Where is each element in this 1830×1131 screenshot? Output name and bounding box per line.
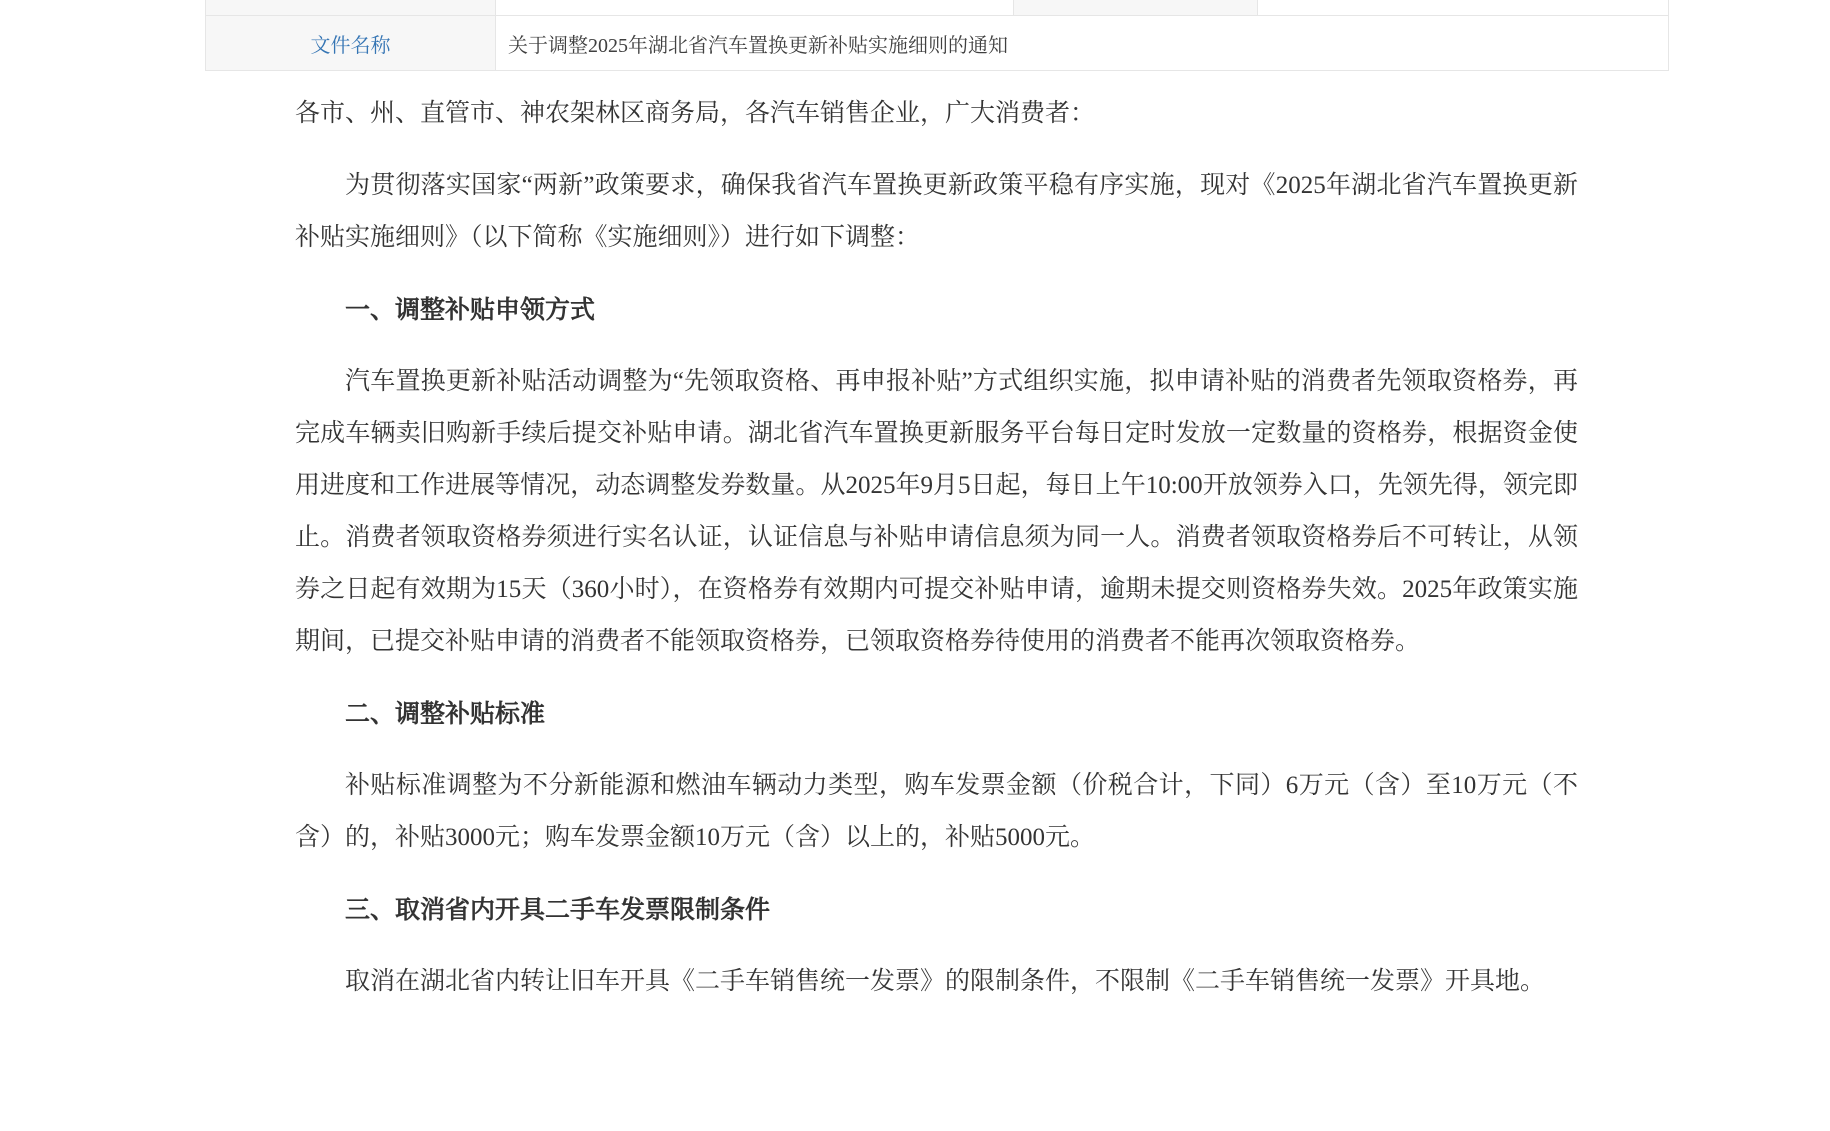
status-label: 效力状态 (1014, 0, 1258, 16)
doc-title-label: 文件名称 (206, 16, 496, 71)
meta-row-doc-title: 文件名称 关于调整2025年湖北省汽车置换更新补贴实施细则的通知 (206, 16, 1669, 71)
section-3-heading: 三、取消省内开具二手车发票限制条件 (295, 884, 1578, 936)
section-1-heading: 一、调整补贴申领方式 (295, 284, 1578, 336)
status-value: 有效 (1258, 0, 1669, 16)
doc-title-value: 关于调整2025年湖北省汽车置换更新补贴实施细则的通知 (496, 16, 1669, 71)
meta-row-doc-number: 文 号 鄂商务发〔2025〕28号 效力状态 有效 (206, 0, 1669, 16)
doc-meta-table: 文 号 鄂商务发〔2025〕28号 效力状态 有效 文件名称 关于调整2025年… (205, 0, 1669, 71)
salutation: 各市、州、直管市、神农架林区商务局，各汽车销售企业，广大消费者： (295, 88, 1578, 140)
section-2-body: 补贴标准调整为不分新能源和燃油车辆动力类型，购车发票金额（价税合计，下同）6万元… (295, 760, 1578, 864)
notice-body: 各市、州、直管市、神农架林区商务局，各汽车销售企业，广大消费者： 为贯彻落实国家… (295, 88, 1578, 1028)
section-1-body: 汽车置换更新补贴活动调整为“先领取资格、再申报补贴”方式组织实施，拟申请补贴的消… (295, 356, 1578, 668)
intro-paragraph: 为贯彻落实国家“两新”政策要求，确保我省汽车置换更新政策平稳有序实施，现对《20… (295, 160, 1578, 264)
section-3-body: 取消在湖北省内转让旧车开具《二手车销售统一发票》的限制条件，不限制《二手车销售统… (295, 956, 1578, 1008)
section-2-heading: 二、调整补贴标准 (295, 688, 1578, 740)
doc-number-value: 鄂商务发〔2025〕28号 (496, 0, 1014, 16)
doc-number-label: 文 号 (206, 0, 496, 16)
